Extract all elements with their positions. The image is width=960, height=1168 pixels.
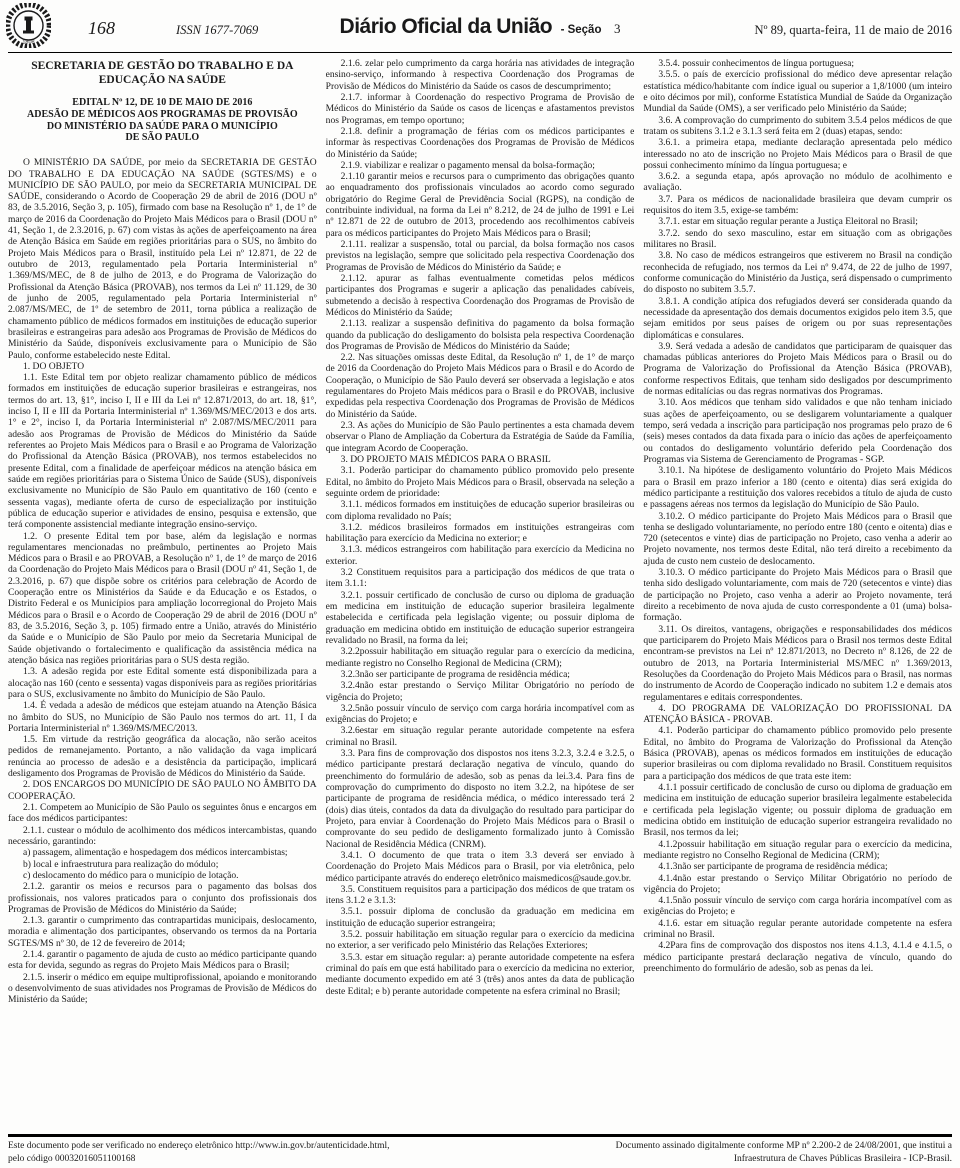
- column-3: 3.5.4. possuir conhecimentos de língua p…: [643, 58, 952, 1130]
- paragraph: 1. DO OBJETO: [8, 361, 317, 372]
- paragraph: 3.2.3não ser participante de programa de…: [326, 669, 635, 680]
- verification-note: Este documento pode ser verificado no en…: [8, 1140, 390, 1165]
- paragraph: 2.1.7. informar à Coordenação do respect…: [326, 92, 635, 126]
- paragraph: 2.1.13. realizar a suspensão definitiva …: [326, 318, 635, 352]
- paragraph: 1.5. Em virtude da restrição geográfica …: [8, 734, 317, 779]
- paragraph: 3.10.1. Na hipótese de desligamento volu…: [643, 465, 952, 510]
- paragraph: 3.6.1. a primeira etapa, mediante declar…: [643, 137, 952, 171]
- paragraph: 2.1.9. viabilizar e realizar o pagamento…: [326, 160, 635, 171]
- paragraph: 3.6. A comprovação do cumprimento do sub…: [643, 115, 952, 138]
- verification-note-line: pelo código 00032016051100168: [8, 1153, 390, 1166]
- column-1-paragraphs: O MINISTÉRIO DA SAÚDE, por meio da SECRE…: [8, 157, 317, 1005]
- paragraph: 4.2Para fins de comprovação dos disposto…: [643, 940, 952, 974]
- paragraph: 4.1. Poderão participar do chamamento pú…: [643, 725, 952, 782]
- paragraph: 1.4. É vedada a adesão de médicos que es…: [8, 700, 317, 734]
- paragraph: 3.10.2. O médico participante do Projeto…: [643, 511, 952, 568]
- paragraph: 3.5. Constituem requisitos para a partic…: [326, 884, 635, 907]
- paragraph: 2.1.6. zelar pelo cumprimento da carga h…: [326, 58, 635, 92]
- paragraph: 1.1. Este Edital tem por objeto realizar…: [8, 372, 317, 530]
- imprensa-nacional-seal-icon: 1808: [6, 3, 51, 48]
- paragraph: 3.10. Aos médicos que tenham sido valida…: [643, 397, 952, 465]
- gazette-page: 1808 168 ISSN 1677-7069 Diário Oficial d…: [0, 0, 960, 1168]
- paragraph: 3.5.4. possuir conhecimentos de língua p…: [643, 58, 952, 69]
- paragraph: 3.2.5não possuir vínculo de serviço com …: [326, 703, 635, 726]
- paragraph: 3.2.1. possuir certificado de conclusão …: [326, 590, 635, 647]
- paragraph: 3.7.1. estar em situação regular perante…: [643, 216, 952, 227]
- paragraph: 2.1.1. custear o módulo de acolhimento d…: [8, 825, 317, 848]
- paragraph: 3. DO PROJETO MAIS MÉDICOS PARA O BRASIL: [326, 454, 635, 465]
- paragraph: 3.9. Será vedada a adesão de candidatos …: [643, 341, 952, 398]
- section-label: - Seção: [561, 24, 602, 36]
- paragraph: 3.2.6estar em situação regular perante a…: [326, 725, 635, 748]
- masthead: Diário Oficial da União - Seção 3: [340, 15, 621, 39]
- paragraph: 2.1.11. realizar a suspensão, total ou p…: [326, 239, 635, 273]
- paragraph: 2.1.3. garantir o cumprimento das contra…: [8, 915, 317, 949]
- paragraph: O MINISTÉRIO DA SAÚDE, por meio da SECRE…: [8, 157, 317, 361]
- paragraph: 2.1.10 garantir meios e recursos para o …: [326, 171, 635, 239]
- column-1: SECRETARIA DE GESTÃO DO TRABALHO E DA ED…: [8, 58, 317, 1130]
- paragraph: 4.1.3não ser participante de programa de…: [643, 861, 952, 872]
- column-2: 2.1.6. zelar pelo cumprimento da carga h…: [326, 58, 635, 1130]
- paragraph: 3.4.1. O documento de que trata o item 3…: [326, 850, 635, 884]
- paragraph: 4.1.1 possuir certificado de conclusão d…: [643, 782, 952, 839]
- paragraph: 2. DOS ENCARGOS DO MUNICÍPIO DE SÃO PAUL…: [8, 779, 317, 802]
- column-2-paragraphs: 2.1.6. zelar pelo cumprimento da carga h…: [326, 58, 635, 997]
- page-header: 1808 168 ISSN 1677-7069 Diário Oficial d…: [0, 0, 960, 52]
- issn-label: ISSN 1677-7069: [176, 23, 258, 38]
- paragraph: 3.7.2. sendo do sexo masculino, estar em…: [643, 228, 952, 251]
- edital-title-line: DE SÃO PAULO: [8, 132, 317, 144]
- signature-note-line: Documento assinado digitalmente conforme…: [616, 1140, 952, 1153]
- paragraph: 2.2. Nas situações omissas deste Edital,…: [326, 352, 635, 420]
- paragraph: 4.1.5não possuir vínculo de serviço com …: [643, 895, 952, 918]
- paragraph: c) deslocamento do médico para o municíp…: [8, 870, 317, 881]
- paragraph: 1.3. A adesão regida por este Edital som…: [8, 666, 317, 700]
- paragraph: 3.5.1. possuir diploma de conclusão da g…: [326, 906, 635, 929]
- paragraph: 4.1.6. estar em situação regular perante…: [643, 918, 952, 941]
- verification-note-line: Este documento pode ser verificado no en…: [8, 1140, 390, 1153]
- column-3-paragraphs: 3.5.4. possuir conhecimentos de língua p…: [643, 58, 952, 974]
- seal-year: 1808: [22, 40, 34, 46]
- article-body: SECRETARIA DE GESTÃO DO TRABALHO E DA ED…: [0, 53, 960, 1130]
- paragraph: 3.2.2possuir habilitação em situação reg…: [326, 646, 635, 669]
- edital-title-line: EDITAL Nº 12, DE 10 DE MAIO DE 2016: [8, 97, 317, 109]
- paragraph: 4.1.4não estar prestando o Serviço Milit…: [643, 873, 952, 896]
- paragraph: 2.1.4. garantir o pagamento de ajuda de …: [8, 949, 317, 972]
- paragraph: 3.1.1. médicos formados em instituições …: [326, 499, 635, 522]
- masthead-title: Diário Oficial da União: [340, 15, 553, 38]
- paragraph: a) passagem, alimentação e hospedagem do…: [8, 847, 317, 858]
- paragraph: 3.1.2. médicos brasileiros formados em i…: [326, 522, 635, 545]
- paragraph: 3.8. No caso de médicos estrangeiros que…: [643, 250, 952, 295]
- edital-title-line: DO MINISTÉRIO DA SAÚDE PARA O MUNICÍPIO: [8, 121, 317, 133]
- paragraph: 2.1.5. inserir o médico em equipe multip…: [8, 972, 317, 1006]
- paragraph: 3.10.3. O médico participante do Projeto…: [643, 567, 952, 624]
- page-number: 168: [88, 18, 115, 39]
- paragraph: 3.2.4não estar prestando o Serviço Milit…: [326, 680, 635, 703]
- section-number: 3: [614, 21, 621, 36]
- paragraph: 2.1.12. apurar as falhas eventualmente c…: [326, 273, 635, 318]
- edital-title: EDITAL Nº 12, DE 10 DE MAIO DE 2016ADESÃ…: [8, 97, 317, 144]
- paragraph: 4.1.2possuir habilitação em situação reg…: [643, 839, 952, 862]
- paragraph: 3.3. Para fins de comprovação dos dispos…: [326, 748, 635, 850]
- paragraph: 3.11. Os direitos, vantagens, obrigações…: [643, 624, 952, 703]
- paragraph: 3.5.3. estar em situação regular: a) per…: [326, 952, 635, 997]
- paragraph: 3.5.2. possuir habilitação em situação r…: [326, 929, 635, 952]
- edital-title-line: ADESÃO DE MÉDICOS AOS PROGRAMAS DE PROVI…: [8, 109, 317, 121]
- edition-info: Nº 89, quarta-feira, 11 de maio de 2016: [755, 23, 952, 38]
- paragraph: 3.5.5. o país de exercício profissional …: [643, 69, 952, 114]
- paragraph: 3.1.3. médicos estrangeiros com habilita…: [326, 544, 635, 567]
- paragraph: b) local e infraestrutura para realizaçã…: [8, 859, 317, 870]
- paragraph: 3.6.2. a segunda etapa, após aprovação n…: [643, 171, 952, 194]
- signature-note: Documento assinado digitalmente conforme…: [616, 1140, 952, 1165]
- paragraph: 3.7. Para os médicos de nacionalidade br…: [643, 194, 952, 217]
- organization-heading: SECRETARIA DE GESTÃO DO TRABALHO E DA ED…: [8, 60, 317, 87]
- paragraph: 3.8.1. A condição atípica dos refugiados…: [643, 296, 952, 341]
- signature-note-line: Infraestrutura de Chaves Públicas Brasil…: [616, 1153, 952, 1166]
- paragraph: 2.1.2. garantir os meios e recursos para…: [8, 881, 317, 915]
- paragraph: 2.3. As ações do Município de São Paulo …: [326, 420, 635, 454]
- paragraph: 3.2 Constituem requisitos para a partici…: [326, 567, 635, 590]
- paragraph: 2.1.8. definir a programação de férias c…: [326, 126, 635, 160]
- paragraph: 4. DO PROGRAMA DE VALORIZAÇÃO DO PROFISS…: [643, 703, 952, 726]
- page-footer: Este documento pode ser verificado no en…: [0, 1137, 960, 1165]
- paragraph: 2.1. Competem ao Município de São Paulo …: [8, 802, 317, 825]
- paragraph: 1.2. O presente Edital tem por base, alé…: [8, 531, 317, 667]
- paragraph: 3.1. Poderão participar do chamamento pú…: [326, 465, 635, 499]
